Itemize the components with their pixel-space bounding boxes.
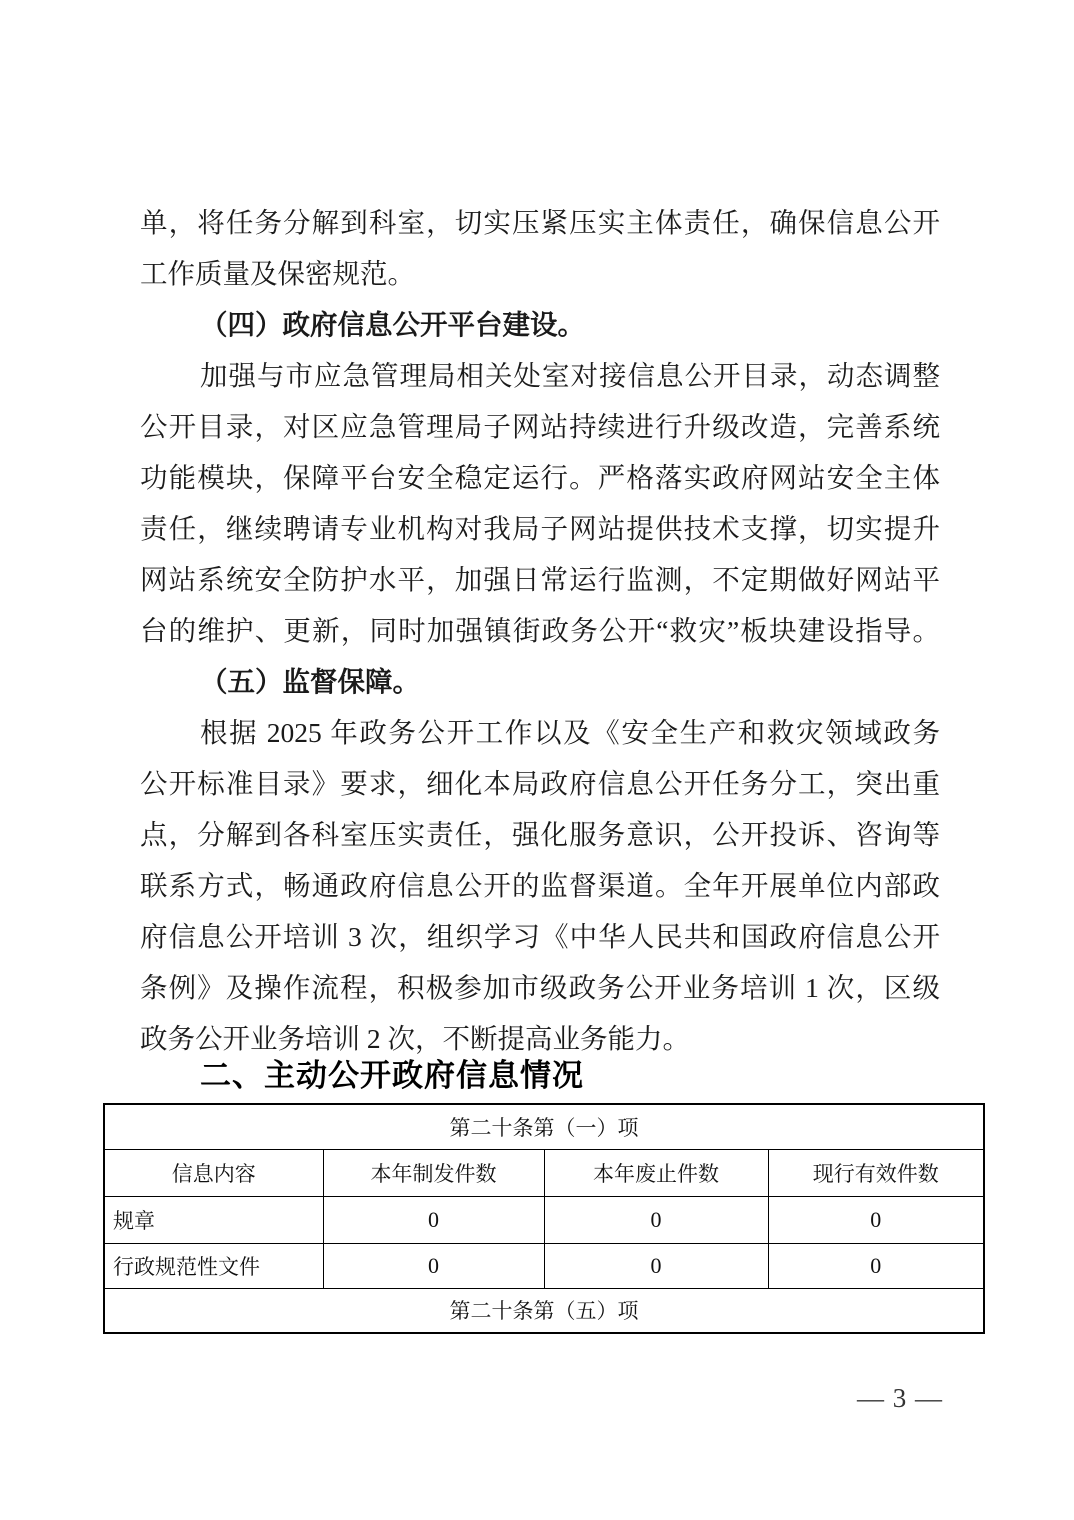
table-section-title: 第二十条第（一）项 bbox=[104, 1104, 984, 1149]
table-section-row: 第二十条第（五）项 bbox=[104, 1288, 984, 1333]
text-line: 台的维护、更新，同时加强镇街政务公开“救灾”板块建设指导。 bbox=[140, 605, 940, 656]
text-line: 联系方式，畅通政府信息公开的监督渠道。全年开展单位内部政 bbox=[140, 860, 940, 911]
text-line: 功能模块，保障平台安全稳定运行。严格落实政府网站安全主体 bbox=[140, 452, 940, 503]
document-page: 单，将任务分解到科室，切实压紧压实主体责任，确保信息公开 工作质量及保密规范。 … bbox=[0, 0, 1074, 1520]
table-row: 行政规范性文件 0 0 0 bbox=[104, 1243, 984, 1288]
column-header: 本年废止件数 bbox=[544, 1149, 768, 1196]
table-row: 规章 0 0 0 bbox=[104, 1196, 984, 1243]
cell-value: 0 bbox=[544, 1196, 768, 1243]
row-label: 行政规范性文件 bbox=[104, 1243, 323, 1288]
section-heading: 二、主动公开政府信息情况 bbox=[140, 1055, 940, 1097]
text-line: 根据 2025 年政务公开工作以及《安全生产和救灾领域政务 bbox=[140, 707, 940, 758]
subsection-heading: （五）监督保障。 bbox=[140, 656, 940, 707]
table-section-title: 第二十条第（五）项 bbox=[104, 1288, 984, 1333]
text-line: 网站系统安全防护水平，加强日常运行监测，不定期做好网站平 bbox=[140, 554, 940, 605]
column-header: 现行有效件数 bbox=[768, 1149, 984, 1196]
table-header-row: 信息内容 本年制发件数 本年废止件数 现行有效件数 bbox=[104, 1149, 984, 1196]
text-line: 责任，继续聘请专业机构对我局子网站提供技术支撑，切实提升 bbox=[140, 503, 940, 554]
text-line: 条例》及操作流程，积极参加市级政务公开业务培训 1 次，区级 bbox=[140, 962, 940, 1013]
cell-value: 0 bbox=[544, 1243, 768, 1288]
text-line: 点，分解到各科室压实责任，强化服务意识，公开投诉、咨询等 bbox=[140, 809, 940, 860]
disclosure-table: 第二十条第（一）项 信息内容 本年制发件数 本年废止件数 现行有效件数 规章 0… bbox=[103, 1103, 985, 1334]
cell-value: 0 bbox=[768, 1196, 984, 1243]
text-line: 加强与市应急管理局相关处室对接信息公开目录，动态调整 bbox=[140, 350, 940, 401]
column-header: 本年制发件数 bbox=[323, 1149, 544, 1196]
row-label: 规章 bbox=[104, 1196, 323, 1243]
text-line: 府信息公开培训 3 次，组织学习《中华人民共和国政府信息公开 bbox=[140, 911, 940, 962]
table-section-row: 第二十条第（一）项 bbox=[104, 1104, 984, 1149]
column-header: 信息内容 bbox=[104, 1149, 323, 1196]
cell-value: 0 bbox=[323, 1196, 544, 1243]
cell-value: 0 bbox=[768, 1243, 984, 1288]
body-text: 单，将任务分解到科室，切实压紧压实主体责任，确保信息公开 工作质量及保密规范。 … bbox=[140, 197, 940, 1097]
text-line: 单，将任务分解到科室，切实压紧压实主体责任，确保信息公开 bbox=[140, 197, 940, 248]
text-line: 公开标准目录》要求，细化本局政府信息公开任务分工，突出重 bbox=[140, 758, 940, 809]
cell-value: 0 bbox=[323, 1243, 544, 1288]
text-line: 工作质量及保密规范。 bbox=[140, 248, 940, 299]
text-line: 公开目录，对区应急管理局子网站持续进行升级改造，完善系统 bbox=[140, 401, 940, 452]
page-number: — 3 — bbox=[857, 1381, 943, 1415]
subsection-heading: （四）政府信息公开平台建设。 bbox=[140, 299, 940, 350]
